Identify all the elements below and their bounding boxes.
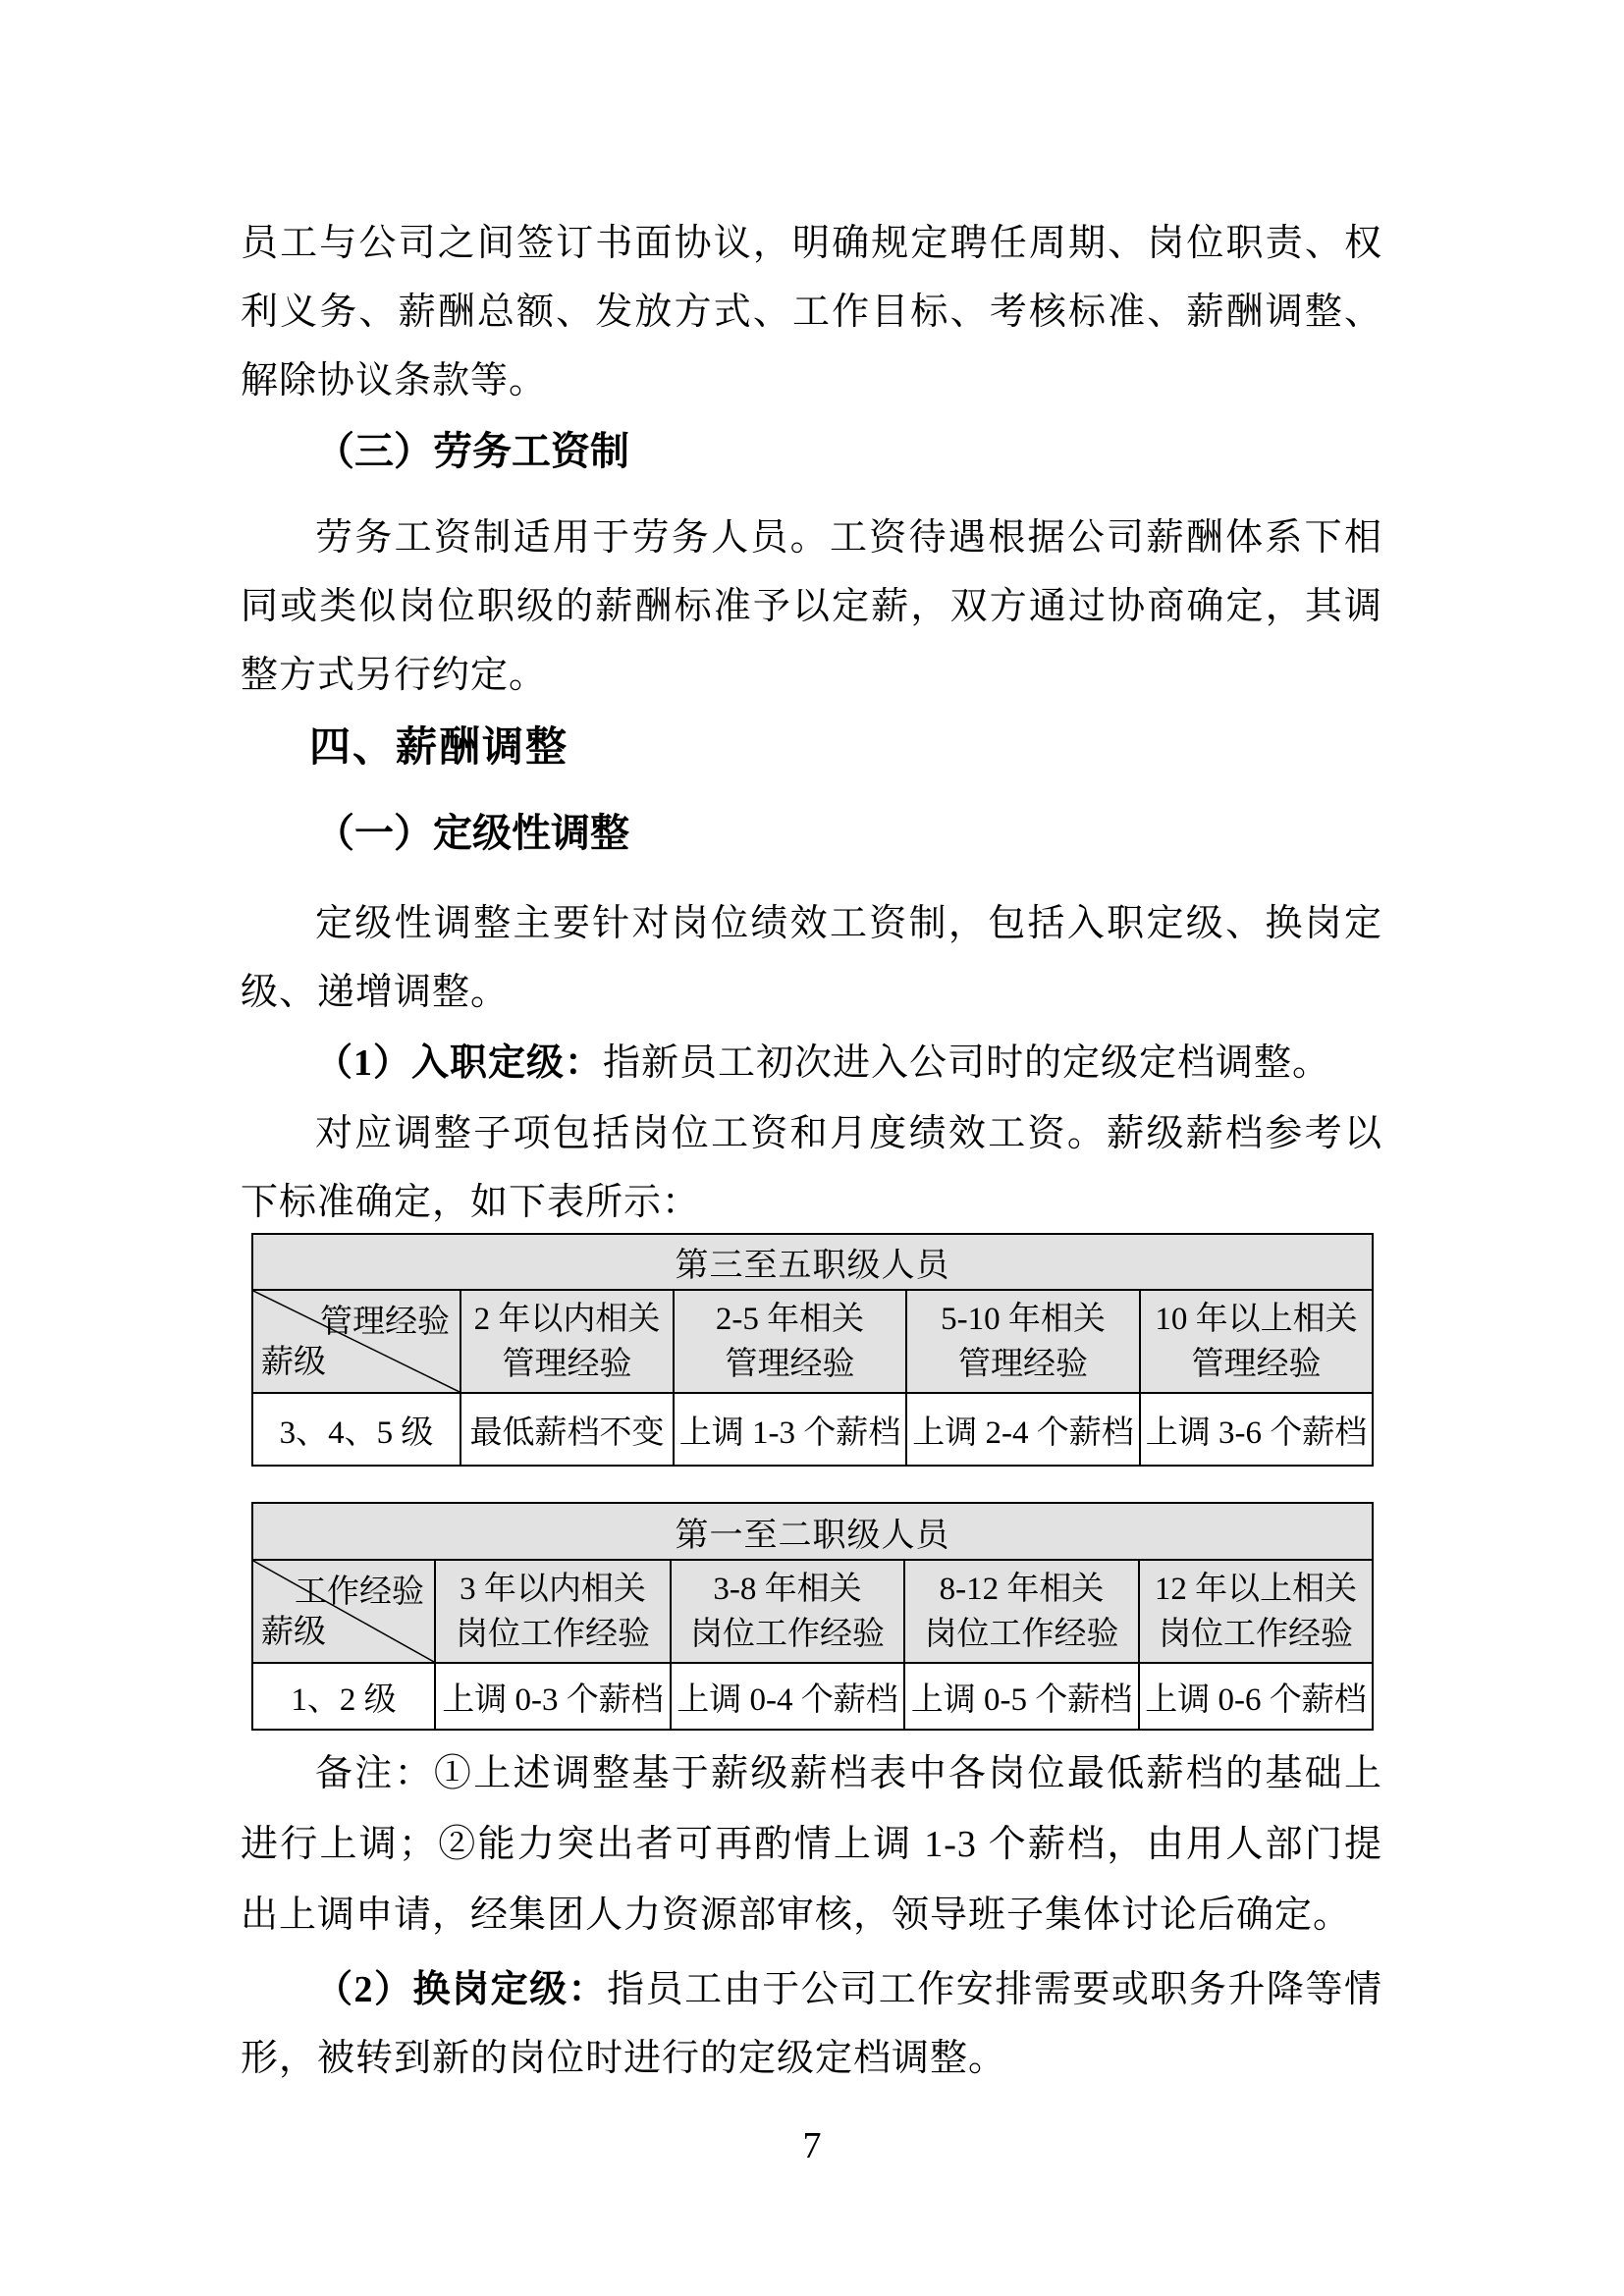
header-line-2: 管理经验 — [907, 1342, 1139, 1387]
paragraph-transfer-grading: （2）换岗定级：指员工由于公司工作安排需要或职务升降等情形，被转到新的岗位时进行… — [241, 1955, 1382, 2093]
header-line-1: 3 年以内相关 — [436, 1567, 670, 1612]
header-cell: 2-5 年相关 管理经验 — [674, 1290, 906, 1393]
diagonal-header-cell: 管理经验 薪级 — [252, 1290, 460, 1393]
header-line-2: 岗位工作经验 — [1140, 1612, 1372, 1657]
diagonal-header-cell: 工作经验 薪级 — [252, 1560, 435, 1663]
header-cell: 2 年以内相关 管理经验 — [460, 1290, 674, 1393]
paragraph-labor-wage-detail: 劳务工资制适用于劳务人员。工资待遇根据公司薪酬体系下相同或类似岗位职级的薪酬标准… — [241, 504, 1382, 710]
header-cell: 3 年以内相关 岗位工作经验 — [435, 1560, 671, 1663]
corner-label-salary-grade: 薪级 — [261, 1343, 326, 1382]
header-line-1: 2 年以内相关 — [461, 1297, 673, 1342]
header-line-1: 12 年以上相关 — [1140, 1567, 1372, 1612]
transfer-grading-label: （2）换岗定级： — [315, 1969, 607, 2010]
paragraph-grading-scope: 定级性调整主要针对岗位绩效工资制，包括入职定级、换岗定级、递增调整。 — [241, 889, 1382, 1027]
header-cell: 3-8 年相关 岗位工作经验 — [671, 1560, 904, 1663]
header-line-1: 10 年以上相关 — [1141, 1297, 1372, 1342]
data-cell: 上调 1-3 个薪档 — [674, 1393, 906, 1466]
paragraph-notes: 备注：①上述调整基于薪级薪档表中各岗位最低薪档的基础上进行上调；②能力突出者可再… — [241, 1738, 1382, 1950]
onboarding-grading-text: 指新员工初次进入公司时的定级定档调整。 — [603, 1042, 1330, 1084]
header-line-2: 岗位工作经验 — [436, 1612, 670, 1657]
data-cell: 上调 0-6 个薪档 — [1139, 1663, 1373, 1730]
header-cell: 8-12 年相关 岗位工作经验 — [904, 1560, 1139, 1663]
paragraph-agreement-terms: 员工与公司之间签订书面协议，明确规定聘任周期、岗位职责、权利义务、薪酬总额、发放… — [241, 209, 1382, 415]
header-line-2: 管理经验 — [675, 1342, 905, 1387]
data-cell: 上调 0-3 个薪档 — [435, 1663, 671, 1730]
salary-table-grade-1-2: 第一至二职级人员 工作经验 薪级 3 年以内相关 岗位工作经验 3-8 年相关 … — [251, 1502, 1374, 1731]
header-line-2: 管理经验 — [461, 1342, 673, 1387]
row-label: 3、4、5 级 — [252, 1393, 460, 1466]
table-header-row: 管理经验 薪级 2 年以内相关 管理经验 2-5 年相关 管理经验 5-10 年… — [252, 1290, 1373, 1393]
header-line-1: 3-8 年相关 — [672, 1567, 903, 1612]
header-cell: 12 年以上相关 岗位工作经验 — [1139, 1560, 1373, 1663]
header-cell: 10 年以上相关 管理经验 — [1140, 1290, 1373, 1393]
heading-labor-wage-system: （三）劳务工资制 — [241, 417, 1382, 486]
header-line-1: 5-10 年相关 — [907, 1297, 1139, 1342]
header-line-2: 管理经验 — [1141, 1342, 1372, 1387]
corner-label-salary-grade: 薪级 — [261, 1613, 326, 1652]
table-title: 第一至二职级人员 — [252, 1503, 1373, 1560]
header-line-2: 岗位工作经验 — [905, 1612, 1138, 1657]
document-page: 员工与公司之间签订书面协议，明确规定聘任周期、岗位职责、权利义务、薪酬总额、发放… — [0, 0, 1624, 2296]
corner-label-experience: 工作经验 — [295, 1573, 424, 1612]
paragraph-adjustment-subitems: 对应调整子项包括岗位工资和月度绩效工资。薪级薪档参考以下标准确定，如下表所示： — [241, 1099, 1382, 1237]
data-cell: 上调 0-5 个薪档 — [904, 1663, 1139, 1730]
table-data-row: 3、4、5 级 最低薪档不变 上调 1-3 个薪档 上调 2-4 个薪档 上调 … — [252, 1393, 1373, 1466]
header-line-2: 岗位工作经验 — [672, 1612, 903, 1657]
header-line-1: 2-5 年相关 — [675, 1297, 905, 1342]
table-header-row: 工作经验 薪级 3 年以内相关 岗位工作经验 3-8 年相关 岗位工作经验 8-… — [252, 1560, 1373, 1663]
row-label: 1、2 级 — [252, 1663, 435, 1730]
header-cell: 5-10 年相关 管理经验 — [906, 1290, 1140, 1393]
heading-section-4-salary-adjustment: 四、薪酬调整 — [241, 713, 1382, 781]
header-line-1: 8-12 年相关 — [905, 1567, 1138, 1612]
table-data-row: 1、2 级 上调 0-3 个薪档 上调 0-4 个薪档 上调 0-5 个薪档 上… — [252, 1663, 1373, 1730]
page-number: 7 — [0, 2122, 1624, 2169]
data-cell: 最低薪档不变 — [460, 1393, 674, 1466]
data-cell: 上调 2-4 个薪档 — [906, 1393, 1140, 1466]
paragraph-onboarding-grading: （1）入职定级：指新员工初次进入公司时的定级定档调整。 — [241, 1029, 1382, 1097]
data-cell: 上调 0-4 个薪档 — [671, 1663, 904, 1730]
heading-grading-adjustment: （一）定级性调整 — [241, 799, 1382, 868]
table-title: 第三至五职级人员 — [252, 1234, 1373, 1290]
corner-label-experience: 管理经验 — [320, 1303, 450, 1342]
onboarding-grading-label: （1）入职定级： — [315, 1042, 603, 1084]
data-cell: 上调 3-6 个薪档 — [1140, 1393, 1373, 1466]
table-title-row: 第三至五职级人员 — [252, 1234, 1373, 1290]
table-title-row: 第一至二职级人员 — [252, 1503, 1373, 1560]
salary-table-grade-3-5: 第三至五职级人员 管理经验 薪级 2 年以内相关 管理经验 2-5 年相关 管理… — [251, 1233, 1374, 1467]
